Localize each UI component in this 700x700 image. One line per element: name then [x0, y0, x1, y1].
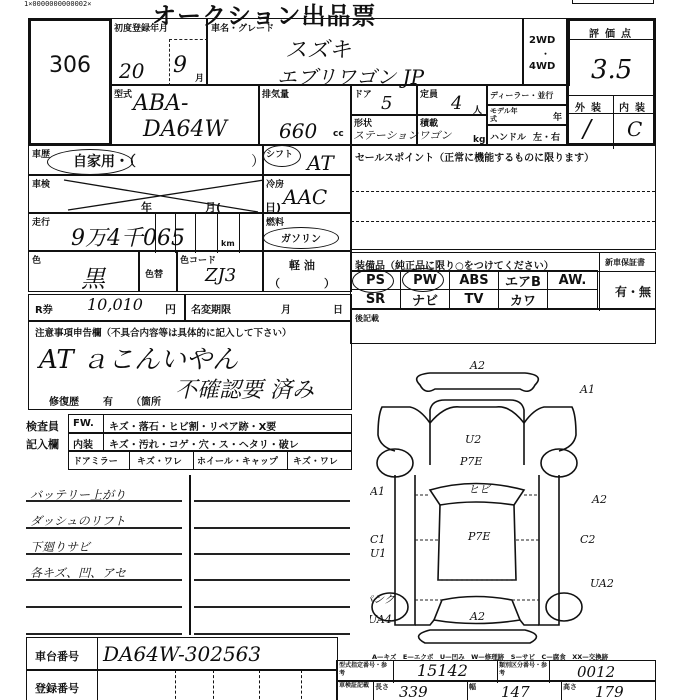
- fuel-alt-box: 軽 油 （ ）: [262, 250, 352, 292]
- svg-text:A2: A2: [469, 610, 485, 623]
- handle-box: ハンドル 左・右: [486, 124, 568, 146]
- registration-month: 9: [173, 53, 187, 78]
- body-shape-box: 形状 ステーションワゴン: [350, 114, 418, 146]
- svg-text:P7E: P7E: [459, 455, 482, 468]
- displacement-value: 660: [279, 119, 317, 143]
- drive-box: 2WD ・ 4WD: [522, 18, 570, 86]
- inspector-row-head: 内装: [73, 436, 93, 451]
- svg-text:A2: A2: [591, 493, 607, 506]
- svg-text:U1: U1: [370, 547, 386, 560]
- ac-value: AAC: [283, 185, 327, 209]
- svg-text:C1: C1: [370, 533, 385, 546]
- doors-value: 5: [381, 93, 392, 114]
- inspector-row-head2: ホイール・キャップ: [197, 454, 278, 467]
- svg-text:パンク: パンク: [370, 593, 395, 606]
- doors-box: ドア 5: [350, 84, 418, 116]
- registration-year: 20: [119, 59, 144, 83]
- registration-label: 登録番号: [35, 680, 79, 696]
- handle-value: 左・右: [533, 130, 560, 143]
- inspector-row-body2: キズ・ワレ: [293, 454, 338, 467]
- inspector-row-mirror: ドアミラー キズ・ワレ ホイール・キャップ キズ・ワレ: [68, 450, 352, 470]
- equipment-airbag[interactable]: エアB: [498, 270, 548, 290]
- warranty-value: 有・無: [615, 283, 651, 300]
- fuel-box: 燃料 ガソリン: [262, 212, 352, 252]
- svg-text:ヒビ: ヒビ: [468, 483, 492, 496]
- name-change-day: 日: [333, 301, 343, 316]
- type-designation-label: 型式指定番号・参考: [339, 662, 391, 678]
- other-label: 後記載: [355, 313, 379, 324]
- other-box: 後記載: [350, 308, 656, 344]
- top-right-box: [572, 0, 654, 4]
- recycle-value: 10,010: [87, 295, 143, 314]
- color-code-box: 色コード ZJ3: [176, 250, 264, 292]
- shift-value: AT: [307, 151, 334, 175]
- load-capacity-box: 積載 kg: [416, 114, 488, 146]
- model-label: 型式: [114, 87, 132, 100]
- svg-text:A1: A1: [370, 485, 385, 498]
- mileage-unit: km: [221, 239, 235, 248]
- name-change-label: 名変期限: [191, 301, 231, 316]
- inspector-row-body: キズ・汚れ・コゲ・穴・ス・ヘタリ・破レ: [109, 436, 299, 451]
- inspector-row-head: FW.: [73, 418, 94, 429]
- repair-label: 修復歴: [49, 393, 79, 408]
- width-value: 147: [501, 683, 530, 700]
- capacity-value: 4: [451, 93, 462, 114]
- inspector-label-2: 記入欄: [26, 436, 59, 452]
- inspector-row-interior: 内装 キズ・汚れ・コゲ・穴・ス・ヘタリ・破レ: [68, 432, 352, 452]
- equipment-tv[interactable]: TV: [449, 289, 499, 310]
- repair-value: 不確認要 済み: [175, 373, 314, 404]
- dealer-label: ディーラー・並行: [490, 90, 553, 101]
- score-label: 評価点: [589, 25, 637, 40]
- barcode-text: 1×0000000000002×: [24, 0, 91, 8]
- svg-text:A1: A1: [579, 383, 595, 396]
- first-registration-box: 初度登録年月 20 9 月: [110, 18, 208, 86]
- registration-box: 登録番号: [26, 669, 338, 700]
- model-line2: DA64W: [143, 117, 227, 142]
- chassis-label: 車台番号: [35, 648, 79, 664]
- width-label: 幅: [469, 682, 476, 692]
- height-value: 179: [595, 683, 624, 700]
- capacity-label: 定員: [420, 87, 438, 100]
- model-year-box: モデル年式 年: [486, 104, 568, 126]
- svg-text:UA2: UA2: [590, 577, 614, 590]
- displacement-label: 排気量: [262, 87, 289, 100]
- vehicle-name-label: 車名・グレード: [211, 21, 274, 34]
- model-box: 型式 ABA- DA64W: [110, 84, 260, 146]
- fuel-value: ガソリン: [281, 230, 321, 245]
- category-value: 0012: [577, 663, 615, 681]
- usage-box: 車歴 自家用・（ ）: [28, 144, 264, 176]
- exterior-label: 外装: [575, 99, 607, 114]
- displacement-box: 排気量 660 cc: [258, 84, 352, 146]
- drive-separator: ・: [541, 47, 550, 60]
- exterior-value: /: [583, 115, 591, 143]
- mileage-value: 9万4千065: [71, 221, 185, 252]
- dimensions-label: 車検証記載: [339, 682, 373, 690]
- notes-box: 注意事項申告欄（不具合内容等は具体的に記入して下さい） AT ａこんいやん 修復…: [28, 320, 352, 410]
- svg-text:P7E: P7E: [467, 530, 490, 543]
- category-label: 類別区分番号・参考: [499, 662, 549, 678]
- inspector-label-1: 検査員: [26, 418, 59, 434]
- model-year-label: モデル年式: [490, 107, 520, 123]
- repair-yes: 有: [103, 393, 113, 408]
- color-label: 色: [32, 253, 41, 266]
- mileage-label: 走行: [32, 215, 50, 228]
- sales-point-label: セールスポイント（正常に機能するものに限ります）: [355, 149, 594, 164]
- model-year-unit: 年: [553, 110, 562, 123]
- score-box: 評価点 3.5 外装 内装 / C: [566, 18, 656, 146]
- equipment-leather[interactable]: カワ: [498, 289, 548, 310]
- capacity-box: 定員 4 人: [416, 84, 488, 116]
- interior-label: 内装: [619, 99, 651, 114]
- equipment-empty: [547, 289, 598, 310]
- displacement-unit: cc: [333, 129, 344, 139]
- vehicle-name-box: 車名・グレード スズキ エブリワゴン JP: [206, 18, 524, 86]
- warranty-label: 新車保証書: [605, 257, 645, 268]
- length-value: 339: [399, 683, 428, 700]
- svg-text:U2: U2: [465, 433, 481, 446]
- pw-circle: [402, 268, 444, 292]
- inspector-row-body: キズ・ワレ: [137, 454, 182, 467]
- model-line1: ABA-: [133, 91, 188, 116]
- inspector-row-body: キズ・落石・ヒビ割・リペア跡・X要: [109, 418, 276, 433]
- notes-divider: [189, 475, 191, 635]
- chassis-value: DA64W-302563: [103, 642, 261, 666]
- repair-place: （箇所: [131, 393, 161, 408]
- dealer-box: ディーラー・並行: [486, 84, 568, 106]
- inspector-row-fw: FW. キズ・落石・ヒビ割・リペア跡・X要: [68, 414, 352, 434]
- fuel-label: 燃料: [266, 215, 284, 228]
- fuel-alt-paren: （ ）: [269, 275, 335, 291]
- handle-label: ハンドル: [490, 130, 526, 143]
- equipment-aw[interactable]: AW.: [547, 270, 598, 290]
- equipment-navi[interactable]: ナビ: [400, 289, 450, 310]
- color-change-label: 色替: [145, 267, 163, 280]
- notes-handwritten: AT ａこんいやん: [39, 339, 238, 376]
- ac-box: 冷房 AAC: [262, 174, 352, 214]
- color-box: 色 黒: [28, 250, 140, 292]
- dimensions-box: 車検証記載 長さ 339 幅 147 高さ 179: [336, 680, 656, 700]
- recycle-unit: 円: [165, 301, 176, 317]
- sales-point-box: セールスポイント（正常に機能するものに限ります）: [350, 144, 656, 250]
- type-designation-box: 型式指定番号・参考 15142 類別区分番号・参考 0012: [336, 660, 656, 682]
- chassis-box: 車台番号 DA64W-302563: [26, 637, 338, 671]
- name-change-month: 月: [281, 301, 291, 316]
- car-damage-diagram: A2 A1 U2 P7E ヒビ A1 A2 C1 U1 P7E C2 パンク U…: [370, 355, 670, 645]
- usage-circle: [47, 149, 133, 175]
- ps-circle: [352, 269, 394, 293]
- type-designation-value: 15142: [417, 661, 468, 680]
- shift-circle: [263, 145, 301, 167]
- mileage-box: 走行 9万4千065 km: [28, 212, 264, 252]
- svg-text:UA4: UA4: [370, 613, 392, 626]
- shift-box: シフト AT: [262, 144, 352, 176]
- score-value: 3.5: [591, 55, 632, 85]
- height-label: 高さ: [563, 682, 577, 692]
- interior-value: C: [627, 117, 642, 141]
- lot-number: 306: [49, 53, 91, 78]
- color-code-value: ZJ3: [205, 265, 236, 286]
- month-unit: 月: [195, 71, 204, 84]
- svg-text:C2: C2: [580, 533, 595, 546]
- length-label: 長さ: [375, 682, 389, 692]
- ac-label: 冷房: [266, 177, 284, 190]
- first-registration-label: 初度登録年月: [114, 21, 168, 34]
- name-change-box: 名変期限 月 日: [184, 294, 352, 322]
- doors-label: ドア: [354, 87, 372, 100]
- lot-number-box: 306: [28, 18, 112, 146]
- inspection-crossout: [28, 174, 264, 214]
- recycle-box: R券 10,010 円: [28, 294, 186, 322]
- option-2wd: 2WD: [529, 35, 555, 46]
- notes-label: 注意事項申告欄（不具合内容等は具体的に記入して下さい）: [35, 325, 292, 339]
- load-capacity-label: 積載: [420, 116, 438, 129]
- recycle-label: R券: [35, 301, 53, 316]
- color-value: 黒: [81, 259, 105, 294]
- vehicle-maker: スズキ: [285, 33, 351, 64]
- equipment-abs[interactable]: ABS: [449, 270, 499, 290]
- color-change-box: 色替: [138, 250, 178, 292]
- fuel-alt-label: 軽 油: [289, 257, 315, 273]
- svg-text:A2: A2: [469, 359, 485, 372]
- inspector-row-head: ドアミラー: [73, 454, 118, 467]
- option-4wd: 4WD: [529, 61, 555, 72]
